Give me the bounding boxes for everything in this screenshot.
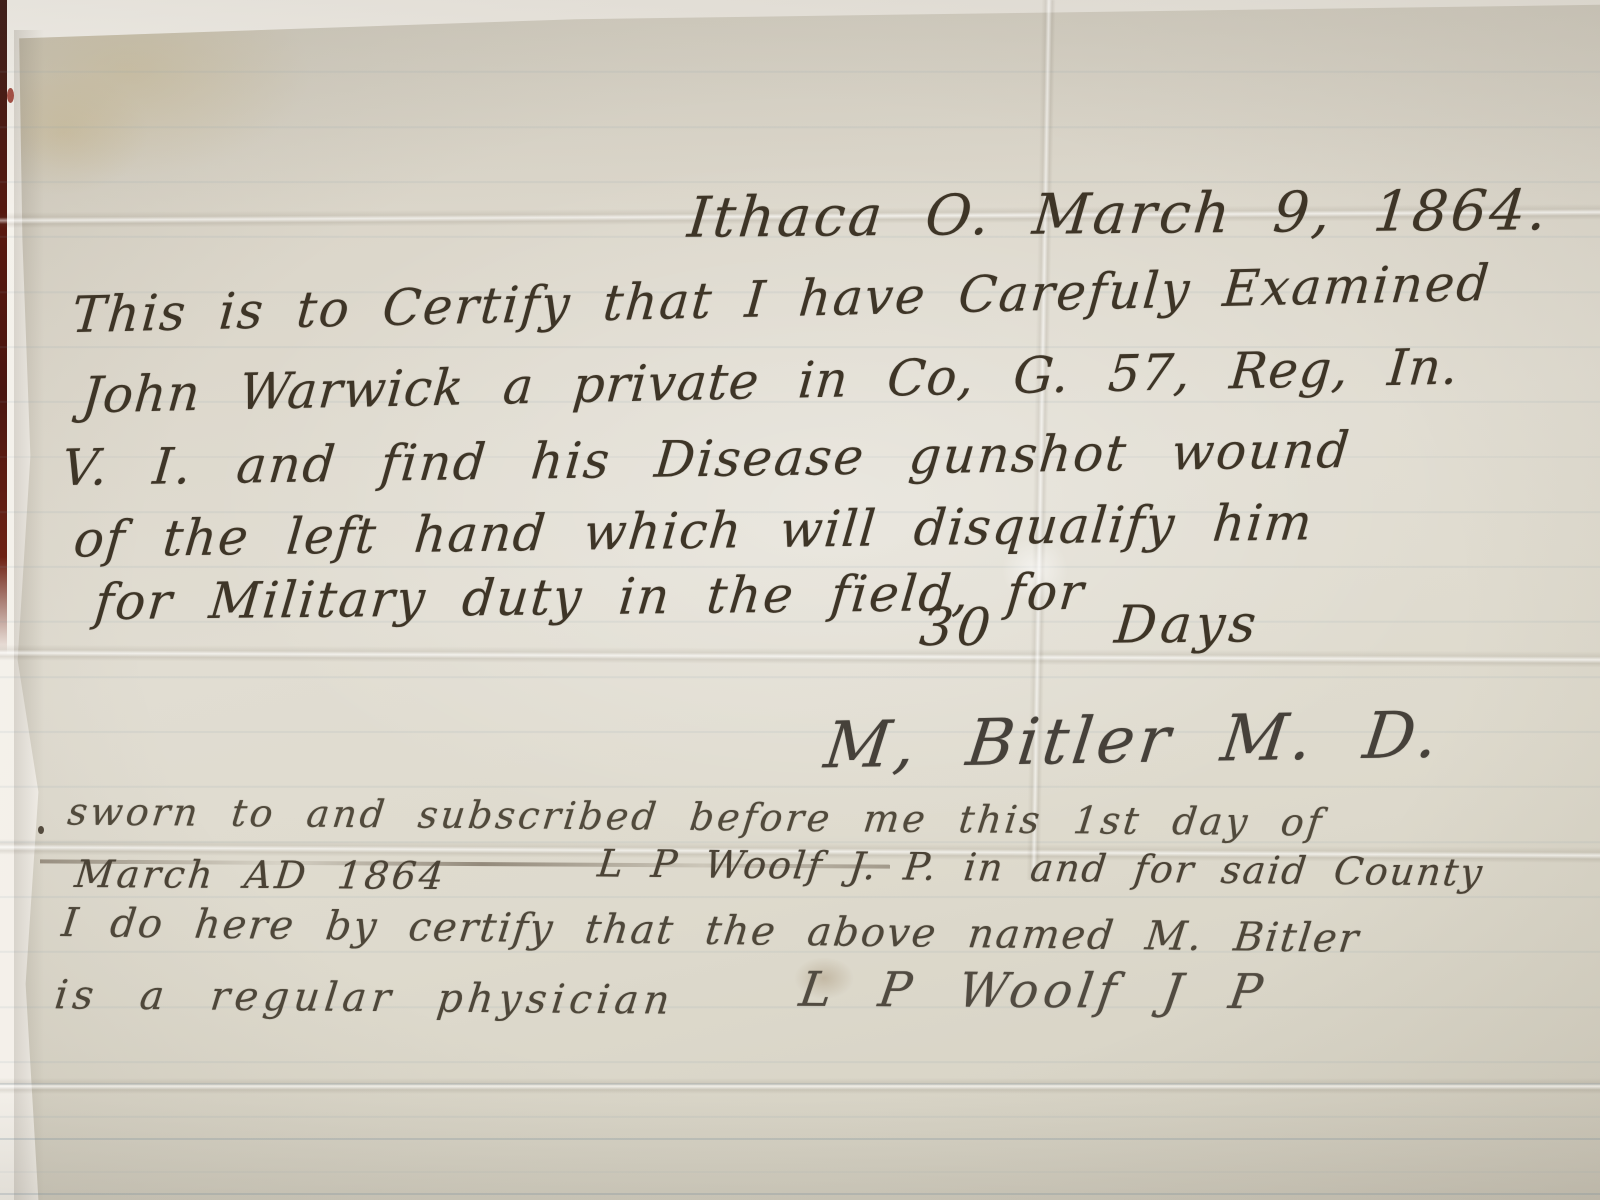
days-number: 30 [917, 598, 997, 658]
fold-crease-bottom [0, 1078, 1600, 1094]
affidavit-date: March AD 1864 [73, 852, 449, 898]
dateline-text: Ithaca O. March 9, 1864. [685, 178, 1552, 251]
days-word: Days [1112, 594, 1263, 655]
document-photo: Ithaca O. March 9, 1864. This is to Cert… [0, 0, 1600, 1200]
justice-signature: L P Woolf J P [796, 962, 1271, 1020]
regular-physician-line: is a regular physician [52, 972, 677, 1023]
ruled-lines-bottom [0, 1030, 1600, 1200]
physician-signature: M, Bitler M. D. [820, 699, 1445, 784]
ink-blot [38, 826, 44, 834]
justice-line: L P Woolf J. P. in and for said County [595, 841, 1486, 894]
